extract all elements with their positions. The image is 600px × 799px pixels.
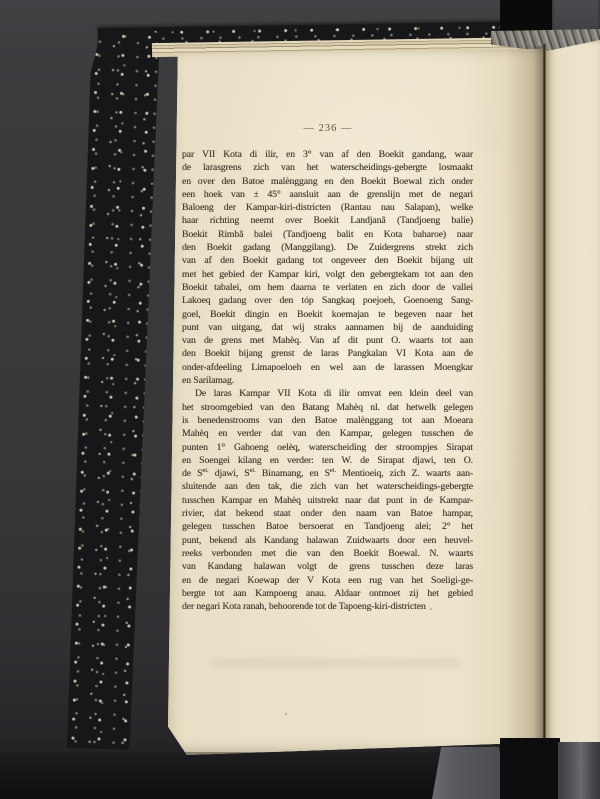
text-line: De laras Kampar VII Kota di ilir omvat e… — [182, 387, 473, 400]
text-line: en de negari Koewap der V Kota een rug v… — [182, 574, 473, 587]
text-line: der negari Kota ranah, behoorende tot de… — [182, 600, 473, 613]
text-line: punten 1° Gahoeng oelèq, waterscheiding … — [182, 441, 473, 454]
text-line: onder-afdeeling Limapoeloeh en wel aan d… — [182, 361, 473, 374]
paper-speck — [430, 608, 432, 610]
text-line: van Kandang halawan volgt de grens tussc… — [182, 560, 473, 573]
text-line: Baloeng der Kampar-kiri-districten (Rant… — [182, 201, 473, 214]
gutter-line — [543, 44, 546, 752]
text-line: den Boekit gadang (Manggilang). De Zuide… — [182, 241, 473, 254]
text-lines: par VII Kota di ilir, en 3° van af den B… — [182, 148, 473, 613]
text-line: is benedenstrooms van den Batoe malèngga… — [182, 414, 473, 427]
text-line: Mahèq en verder dat van den Kampar, gele… — [182, 427, 473, 440]
text-line: den Boekit bijang grenst de laras Pangka… — [182, 347, 473, 360]
text-line: par VII Kota di ilir, en 3° van af den B… — [182, 148, 473, 161]
text-line: met het gebied der Kampar kiri, volgt de… — [182, 268, 473, 281]
text-line: Boekit tabalei, om hem daarna te verlate… — [182, 281, 473, 294]
text-line: rivier, dat bekend staat onder den naam … — [182, 507, 473, 520]
text-line: haar richting neemt over Boekit Landjanâ… — [182, 214, 473, 227]
ink-show-through — [210, 658, 460, 668]
text-line: Lakoeq gadang over den top Sangkaq poejo… — [182, 294, 473, 307]
text-line: een hoek van ± 45° aansluit aan de grens… — [182, 188, 473, 201]
text-line: het stroomgebied van den Batang Mahèq nl… — [182, 401, 473, 414]
paper-speck — [285, 713, 287, 715]
text-line: punt, bekend als Kandang halawan Zuidwaa… — [182, 534, 473, 547]
text-line: reeks verbonden met die van den Boekit B… — [182, 547, 473, 560]
facing-page — [546, 40, 600, 747]
text-line: Boekit Rimbâ balei (Tandjoeng balit en K… — [182, 228, 473, 241]
text-line: van af den Boekit gadang tot ongeveer de… — [182, 254, 473, 267]
page-number: — 236 — — [183, 123, 473, 134]
text-line: en over den Batoe malènggang en den Boek… — [182, 175, 473, 188]
table-shadow — [0, 752, 440, 799]
paper-speck — [306, 296, 308, 298]
stand-post-right — [558, 742, 600, 799]
text-line: bergte tot aan Kampoeng anau. Aldaar ont… — [182, 587, 473, 600]
text-line: gelegen tusschen Batoe bersoerat en Tand… — [182, 520, 473, 533]
text-line: de larasgrens zich van het waterscheidin… — [182, 161, 473, 174]
text-line: de Sei. djawi, Sei. Binamang, en Sei. Me… — [182, 467, 473, 480]
text-line: punt van uitgang, dat wij straks aanname… — [182, 321, 473, 334]
book-photo: — 236 — par VII Kota di ilir, en 3° van … — [0, 0, 600, 799]
text-line: van de grens met Mahèq. Van af dit punt … — [182, 334, 473, 347]
text-line: tusschen Kampar en Mahèq uitstrekt naar … — [182, 494, 473, 507]
stand-post-left — [432, 747, 508, 799]
text-line: goel, Boekit dingin en Boekit koemajan t… — [182, 308, 473, 321]
stand-gap — [500, 738, 560, 799]
gutter-shadow — [505, 46, 545, 752]
text-line: en Sarilamag. — [182, 374, 473, 387]
text-line: sluitende aan den tak, die zich van het … — [182, 480, 473, 493]
text-line: en Soengei kilang en verder: ten W. de S… — [182, 454, 473, 467]
